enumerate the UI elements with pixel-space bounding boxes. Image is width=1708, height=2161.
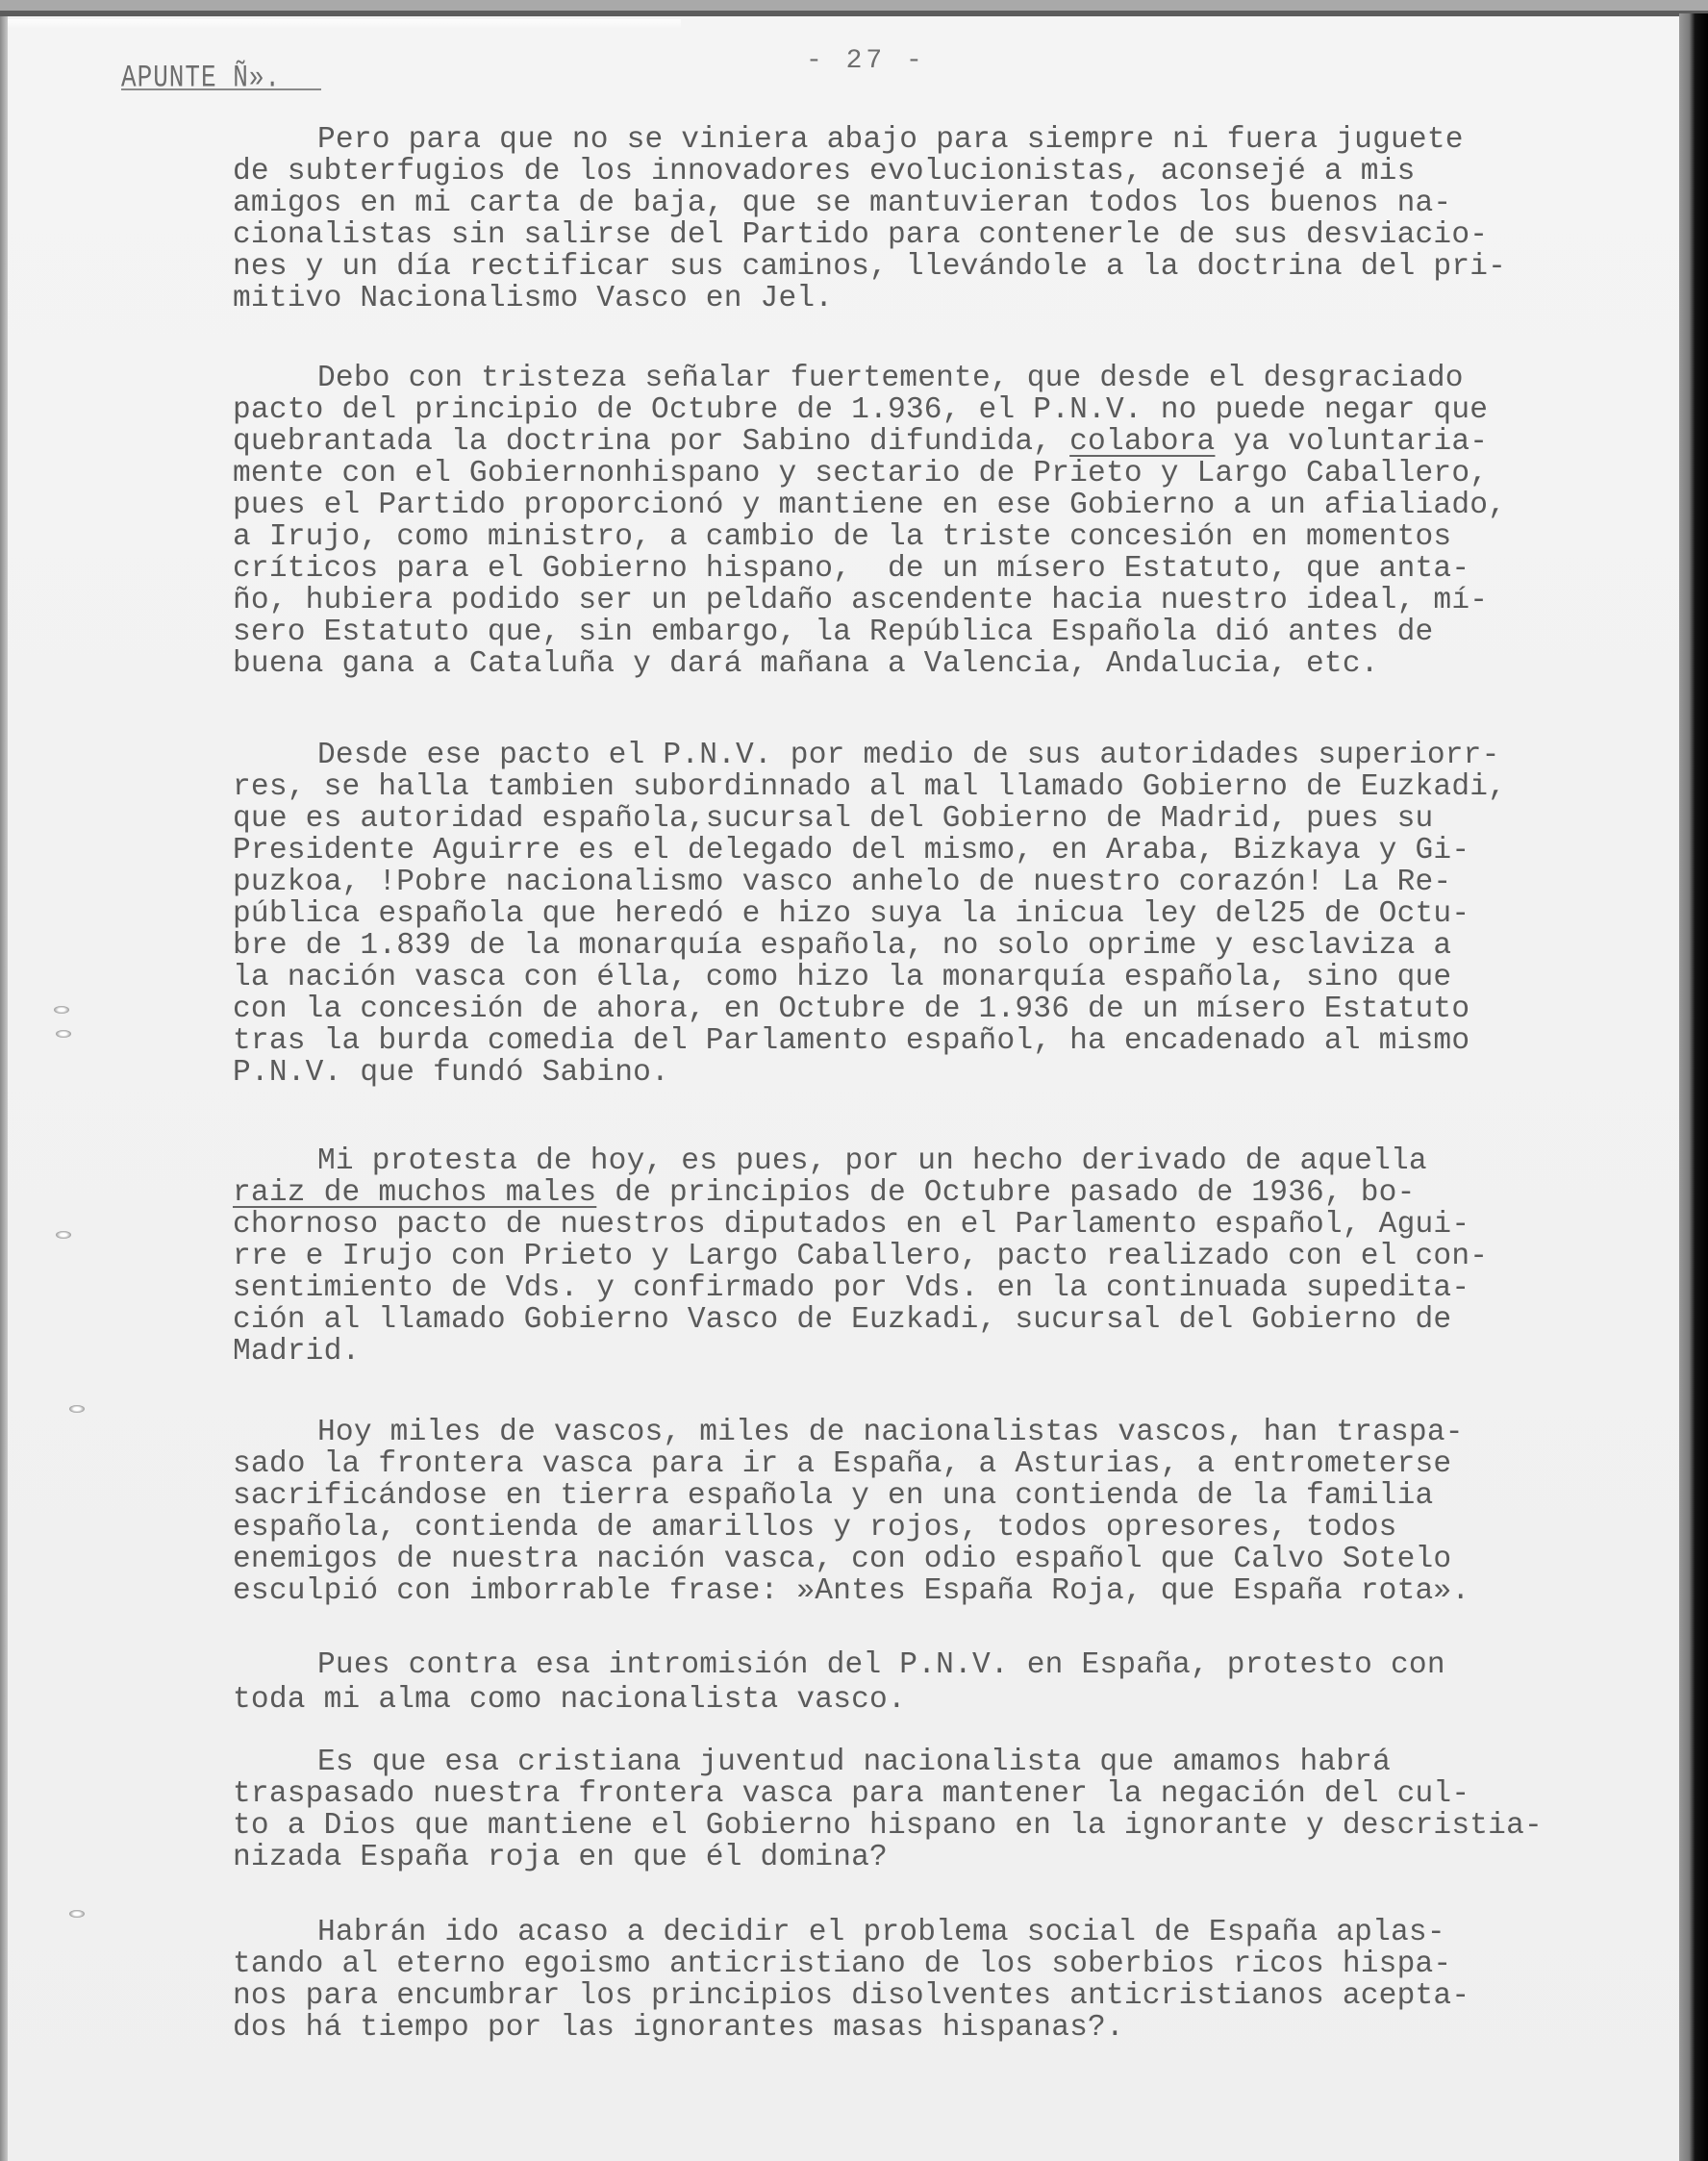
text-line: buena gana a Cataluña y dará mañana a Va… xyxy=(233,649,1379,679)
text-line: Mi protesta de hoy, es pues, por un hech… xyxy=(317,1146,1427,1176)
text-line: sentimiento de Vds. y confirmado por Vds… xyxy=(233,1273,1469,1303)
text-line: enemigos de nuestra nación vasca, con od… xyxy=(233,1545,1451,1574)
text-line: ción al llamado Gobierno Vasco de Euzkad… xyxy=(233,1305,1451,1335)
punch-hole-mark xyxy=(56,1030,71,1038)
text-line: sado la frontera vasca para ir a España,… xyxy=(233,1449,1451,1479)
scan-top-band xyxy=(0,0,1708,11)
text-line: Desde ese pacto el P.N.V. por medio de s… xyxy=(317,741,1500,770)
text-line: rre e Irujo con Prieto y Largo Caballero… xyxy=(233,1242,1488,1271)
text-line: de subterfugios de los innovadores evolu… xyxy=(233,157,1416,187)
text-line: nizada España roja en que él domina? xyxy=(233,1843,888,1872)
text-line: tras la burda comedia del Parlamento esp… xyxy=(233,1026,1469,1056)
document-label-underline xyxy=(121,88,321,90)
punch-hole-mark xyxy=(54,1006,69,1014)
text-line: sacrificándose en tierra española y en u… xyxy=(233,1481,1433,1511)
text-line: mitivo Nacionalismo Vasco en Jel. xyxy=(233,284,833,314)
punch-hole-mark xyxy=(69,1405,85,1413)
text-line: española, contienda de amarillos y rojos… xyxy=(233,1513,1397,1543)
text-line: críticos para el Gobierno hispano, de un… xyxy=(233,554,1469,584)
underlined-phrase: raiz de muchos males xyxy=(233,1176,596,1210)
text-line: cionalistas sin salirse del Partido para… xyxy=(233,220,1488,250)
text-line: nos para encumbrar los principios disolv… xyxy=(233,1981,1469,2011)
text-line: que es autoridad española,sucursal del G… xyxy=(233,804,1433,834)
text-line: esculpió con imborrable frase: »Antes Es… xyxy=(233,1576,1469,1606)
text-line: to a Dios que mantiene el Gobierno hispa… xyxy=(233,1811,1543,1841)
punch-hole-mark xyxy=(69,1910,85,1918)
page-curl-highlight xyxy=(8,19,681,29)
text-line: P.N.V. que fundó Sabino. xyxy=(233,1058,669,1088)
text-line: la nación vasca con élla, como hizo la m… xyxy=(233,963,1451,993)
text-line: puzkoa, !Pobre nacionalismo vasco anhelo… xyxy=(233,867,1451,897)
text-line: Es que esa cristiana juventud nacionalis… xyxy=(317,1747,1391,1777)
text-line: Madrid. xyxy=(233,1337,360,1367)
text-segment: quebrantada la doctrina por Sabino difun… xyxy=(233,425,1069,459)
text-line: quebrantada la doctrina por Sabino difun… xyxy=(233,427,1488,457)
text-segment: ya voluntaria- xyxy=(1215,425,1488,459)
text-line: raiz de muchos males de principios de Oc… xyxy=(233,1178,1416,1208)
page-number: - 27 - xyxy=(806,46,926,76)
text-line: chornoso pacto de nuestros diputados en … xyxy=(233,1210,1469,1240)
text-line: pública española que heredó e hizo suya … xyxy=(233,899,1469,929)
text-line: nes y un día rectificar sus caminos, lle… xyxy=(233,252,1506,282)
text-line: Pues contra esa intromisión del P.N.V. e… xyxy=(317,1650,1445,1680)
scan-right-edge xyxy=(1679,13,1708,2161)
text-line: res, se halla tambien subordinnado al ma… xyxy=(233,772,1506,802)
text-segment: de principios de Octubre pasado de 1936,… xyxy=(596,1176,1415,1210)
text-line: mente con el Gobiernonhispano y sectario… xyxy=(233,459,1488,489)
text-line: sero Estatuto que, sin embargo, la Repúb… xyxy=(233,617,1433,647)
text-line: pues el Partido proporcionó y mantiene e… xyxy=(233,490,1506,520)
text-line: tando al eterno egoismo anticristiano de… xyxy=(233,1949,1451,1979)
text-line: ño, hubiera podido ser un peldaño ascend… xyxy=(233,586,1488,616)
text-line: bre de 1.839 de la monarquía española, n… xyxy=(233,931,1451,961)
text-line: Presidente Aguirre es el delegado del mi… xyxy=(233,836,1469,866)
text-line: traspasado nuestra frontera vasca para m… xyxy=(233,1779,1469,1809)
text-line: amigos en mi carta de baja, que se mantu… xyxy=(233,188,1451,218)
text-line: Hoy miles de vascos, miles de nacionalis… xyxy=(317,1418,1464,1447)
underlined-word: colabora xyxy=(1069,425,1215,459)
punch-hole-mark xyxy=(56,1231,71,1239)
text-line: a Irujo, como ministro, a cambio de la t… xyxy=(233,522,1451,552)
text-line: dos há tiempo por las ignorantes masas h… xyxy=(233,2013,1124,2043)
text-line: Pero para que no se viniera abajo para s… xyxy=(317,125,1464,155)
text-line: con la concesión de ahora, en Octubre de… xyxy=(233,994,1469,1024)
text-line: Debo con tristeza señalar fuertemente, q… xyxy=(317,364,1464,393)
text-line: Habrán ido acaso a decidir el problema s… xyxy=(317,1918,1445,1947)
text-line: pacto del principio de Octubre de 1.936,… xyxy=(233,395,1488,425)
page-left-edge xyxy=(0,16,8,2161)
text-line: toda mi alma como nacionalista vasco. xyxy=(233,1685,906,1715)
